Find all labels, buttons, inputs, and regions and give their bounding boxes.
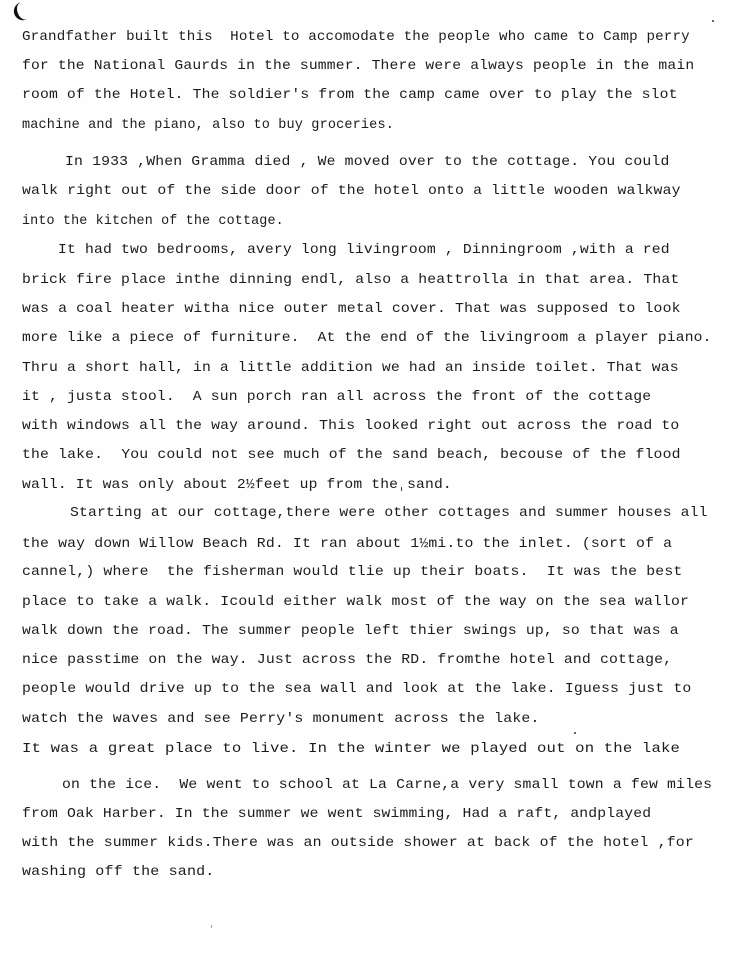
text-line-indented: Starting at our cottage,there were other…	[70, 506, 708, 522]
text-line: with the summer kids.There was an outsid…	[22, 836, 694, 852]
text-line-indented: It had two bedrooms, avery long livingro…	[58, 243, 670, 259]
text-line: the way down Willow Beach Rd. It ran abo…	[22, 537, 672, 553]
text-line: from Oak Harber. In the summer we went s…	[22, 807, 651, 823]
text-line-indented: In 1933 ,When Gramma died , We moved ove…	[65, 155, 669, 171]
text-line: cannel,) where the fisherman would tlie …	[22, 565, 682, 581]
text-line: wall. It was only about 2½feet up from t…	[22, 478, 452, 494]
typewritten-page: ❨ Grandfather built this Hotel to accomo…	[0, 0, 738, 957]
text-line: nice passtime on the way. Just across th…	[22, 653, 672, 669]
text-line: Thru a short hall, in a little addition …	[22, 361, 679, 377]
paper-speck	[712, 20, 714, 22]
text-line: watch the waves and see Perry's monument…	[22, 712, 540, 728]
text-line: into the kitchen of the cottage.	[22, 214, 284, 230]
paper-speck	[574, 732, 576, 734]
text-line: walk right out of the side door of the h…	[22, 184, 681, 200]
text-line: brick fire place inthe dinning endl, als…	[22, 273, 679, 289]
text-line-indented: It was a great place to live. In the win…	[22, 742, 680, 758]
text-line: with windows all the way around. This lo…	[22, 419, 679, 435]
text-line: was a coal heater witha nice outer metal…	[22, 302, 681, 318]
text-line: Grandfather built this Hotel to accomoda…	[22, 30, 690, 46]
text-line: the lake. You could not see much of the …	[22, 448, 681, 464]
text-line: washing off the sand.	[22, 865, 214, 881]
text-line: for the National Gaurds in the summer. T…	[22, 59, 694, 75]
paper-speck	[211, 925, 212, 928]
text-line: it , justa stool. A sun porch ran all ac…	[22, 390, 651, 406]
text-line: people would drive up to the sea wall an…	[22, 682, 691, 698]
text-line: machine and the piano, also to buy groce…	[22, 118, 394, 134]
text-line: more like a piece of furniture. At the e…	[22, 331, 712, 347]
text-line: walk down the road. The summer people le…	[22, 624, 679, 640]
corner-pencil-mark: ❨	[7, 0, 30, 24]
text-line: place to take a walk. Icould either walk…	[22, 595, 689, 611]
text-line: room of the Hotel. The soldier's from th…	[22, 88, 678, 104]
text-line: on the ice. We went to school at La Carn…	[62, 778, 712, 794]
